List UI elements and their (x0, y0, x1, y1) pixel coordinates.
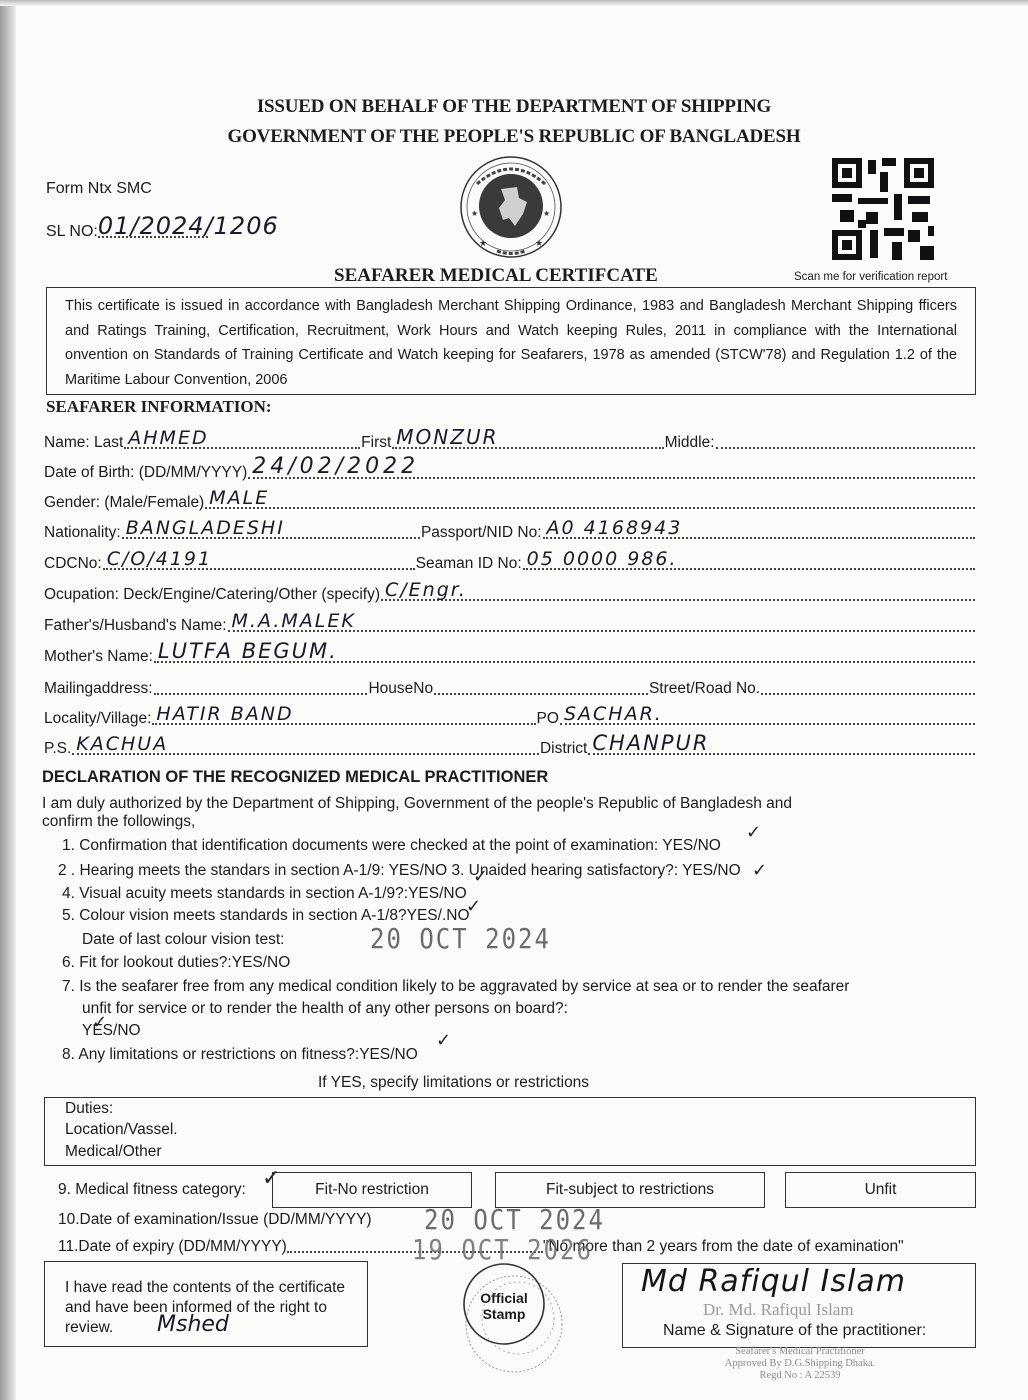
po-value: SACHAR. (564, 703, 663, 725)
mother-field[interactable]: LUTFA BEGUM. (154, 645, 975, 663)
form-code: Form Ntx SMC (46, 180, 152, 198)
declaration-item-8: 8. Any limitations or restrictions on fi… (62, 1046, 418, 1064)
fitness-option-fit-subject-to-restrictions[interactable]: Fit-subject to restrictions (495, 1172, 765, 1208)
declaration-item-4: 4. Visual acuity meets standards in sect… (62, 885, 467, 903)
mother-label: Mother's Name: (44, 648, 153, 666)
street-field[interactable] (761, 677, 975, 695)
ps-row: P.S. KACHUA District CHANPUR (44, 734, 976, 758)
svg-text:★: ★ (471, 209, 478, 218)
middle-name-field[interactable] (716, 431, 975, 449)
seafarer-signature[interactable]: Mshed (157, 1312, 229, 1337)
scan-edge (0, 0, 16, 1400)
declaration-item-1: 1. Confirmation that identification docu… (62, 837, 721, 855)
ps-value: KACHUA (76, 733, 168, 755)
house-field[interactable] (434, 677, 648, 695)
mother-row: Mother's Name: LUTFA BEGUM. (44, 642, 976, 666)
serial-label: SL NO: (46, 223, 98, 241)
tick-item-8-icon: ✓ (436, 1030, 451, 1051)
fitness-option-unfit[interactable]: Unfit (785, 1172, 976, 1208)
government-seal-icon: ★ ★ ★ ★ (457, 154, 565, 260)
seaman-id-label: Seaman ID No: (416, 555, 522, 573)
father-value: M.A.MALEK (232, 610, 356, 632)
passport-value: A0 4168943 (547, 517, 683, 539)
occupation-label: Ocupation: Deck/Engine/Catering/Other (s… (44, 586, 380, 604)
qr-code-icon[interactable] (832, 158, 936, 260)
stamp-label-official: Official (474, 1290, 534, 1306)
street-label: Street/Road No. (649, 680, 760, 698)
practitioner-stamp-details: Seafarer's Medical Practitioner Approved… (700, 1346, 900, 1382)
practitioner-caption: Name & Signature of the practitioner: (663, 1322, 926, 1340)
cdc-row: CDCNo: C/O/4191 Seaman ID No: 05 0000 98… (44, 549, 976, 573)
father-label: Father's/Husband's Name: (44, 617, 227, 635)
gender-label: Gender: (Male/Female) (44, 494, 204, 512)
issuer-line-2: GOVERNMENT OF THE PEOPLE'S REPUBLIC OF B… (0, 126, 1028, 148)
declaration-item-2-3: 2 . Hearing meets the standars in sectio… (58, 862, 741, 880)
svg-text:★: ★ (543, 209, 550, 218)
practitioner-stamp-approval: Approved By D.G.Shipping Dhaka. (700, 1358, 900, 1370)
dob-value: 24/02/2022 (252, 454, 419, 479)
nationality-field[interactable]: BANGLADESHI (122, 521, 420, 539)
practitioner-signature[interactable]: Md Rafiqul Islam (641, 1264, 906, 1299)
seaman-id-field[interactable]: 05 0000 986. (523, 552, 975, 570)
serial-number: SL NO: 01/2024/1206 (46, 222, 208, 241)
po-label: PO (537, 710, 559, 728)
address-row: Mailingaddress: HouseNo Street/Road No. (44, 674, 976, 698)
declaration-item-7-cont: unfit for service or to render the healt… (82, 1000, 568, 1018)
declaration-item-7-answer: YES/NO (82, 1022, 141, 1040)
ps-label: P.S. (44, 740, 71, 758)
name-row: Name: Last AHMED First MONZUR Middle: (44, 428, 976, 452)
first-name-value: MONZUR (396, 425, 498, 449)
district-field[interactable]: CHANPUR (588, 737, 975, 755)
svg-text:★: ★ (535, 238, 543, 248)
colour-vision-date-stamp: 20 OCT 2024 (370, 923, 551, 955)
father-field[interactable]: M.A.MALEK (228, 614, 975, 632)
locality-label: Locality/Village: (44, 710, 151, 728)
last-name-field[interactable]: AHMED (124, 431, 360, 449)
colour-vision-date-label: Date of last colour vision test: (82, 931, 284, 949)
middle-name-label: Middle: (665, 434, 715, 452)
nationality-row: Nationality: BANGLADESHI Passport/NID No… (44, 518, 976, 542)
issuer-line-1: ISSUED ON BEHALF OF THE DEPARTMENT OF SH… (0, 96, 1028, 118)
cdc-value: C/O/4191 (107, 548, 212, 570)
stamp-label: Official Stamp (474, 1290, 534, 1322)
gender-value: MALE (209, 487, 269, 509)
nationality-label: Nationality: (44, 524, 121, 542)
first-name-field[interactable]: MONZUR (392, 431, 663, 449)
passport-field[interactable]: A0 4168943 (543, 521, 975, 539)
nationality-value: BANGLADESHI (126, 517, 285, 539)
fitness-option-fit-no-restriction[interactable]: Fit-No restriction (272, 1172, 472, 1208)
practitioner-stamp-role: Seafarer's Medical Practitioner (700, 1346, 900, 1358)
gender-row: Gender: (Male/Female) MALE (44, 488, 976, 512)
expiry-note: "No more than 2 years from the date of e… (543, 1238, 904, 1256)
preamble-box: This certificate is issued in accordance… (46, 287, 976, 395)
restrictions-box[interactable]: Duties: Location/Vassel. Medical/Other (44, 1097, 976, 1166)
declaration-item-6: 6. Fit for lookout duties?:YES/NO (62, 954, 290, 972)
practitioner-box: Md Rafiqul Islam Dr. Md. Rafiqul Islam N… (622, 1263, 976, 1348)
dob-label: Date of Birth: (DD/MM/YYYY) (44, 464, 247, 482)
tick-item-7-icon: ✓ (92, 1012, 107, 1033)
restrictions-heading: If YES, specify limitations or restricti… (318, 1074, 589, 1092)
occupation-field[interactable]: C/Engr. (381, 583, 975, 601)
occupation-row: Ocupation: Deck/Engine/Catering/Other (s… (44, 580, 976, 604)
stamp-label-stamp: Stamp (474, 1306, 534, 1322)
declaration-title: DECLARATION OF THE RECOGNIZED MEDICAL PR… (42, 768, 548, 787)
passport-label: Passport/NID No: (421, 524, 542, 542)
ps-field[interactable]: KACHUA (72, 737, 539, 755)
cdc-label: CDCNo: (44, 555, 102, 573)
tick-item-3-icon: ✓ (752, 860, 767, 881)
seaman-id-value: 05 0000 986. (527, 548, 678, 570)
scan-edge-top (0, 0, 1028, 6)
preamble-text: This certificate is issued in accordance… (47, 288, 975, 392)
exam-date-stamp: 20 OCT 2024 (424, 1204, 605, 1236)
first-name-label: First (361, 434, 391, 452)
tick-item-5-icon: ✓ (466, 896, 481, 917)
district-value: CHANPUR (592, 731, 709, 755)
qr-caption: Scan me for verification report (794, 271, 947, 283)
practitioner-stamp-regd: Regd No : A 22539 (700, 1370, 900, 1382)
declaration-intro-2: confirm the followings, (42, 813, 195, 831)
cdc-field[interactable]: C/O/4191 (103, 552, 415, 570)
mailing-label: Mailingaddress: (44, 680, 153, 698)
occupation-value: C/Engr. (385, 579, 467, 601)
tick-item-1-icon: ✓ (746, 822, 761, 843)
gender-field[interactable]: MALE (205, 491, 975, 509)
svg-text:★: ★ (479, 238, 487, 248)
po-field[interactable]: SACHAR. (560, 707, 975, 725)
duties-label: Duties: (65, 1100, 113, 1118)
house-label: HouseNo (368, 680, 433, 698)
mailing-field[interactable] (154, 677, 368, 695)
mother-value: LUTFA BEGUM. (158, 639, 338, 663)
last-name-label: Name: Last (44, 434, 123, 452)
medical-other-label: Medical/Other (65, 1143, 161, 1161)
tick-item-2-icon: ✓ (473, 866, 488, 887)
seafarer-section-title: SEAFARER INFORMATION: (46, 397, 272, 417)
locality-field[interactable]: HATIR BAND (152, 707, 535, 725)
official-stamp: Official Stamp (456, 1262, 568, 1374)
fitness-category-label: 9. Medical fitness category: (58, 1181, 246, 1199)
declaration-item-7: 7. Is the seafarer free from any medical… (62, 978, 849, 996)
serial-field: 01/2024/1206 (98, 222, 208, 238)
locality-row: Locality/Village: HATIR BAND PO SACHAR. (44, 704, 976, 728)
last-name-value: AHMED (128, 427, 208, 449)
dob-field[interactable]: 24/02/2022 (248, 461, 975, 479)
declaration-intro-1: I am duly authorized by the Department o… (42, 795, 792, 813)
locality-value: HATIR BAND (156, 703, 293, 725)
exam-date-label: 10.Date of examination/Issue (DD/MM/YYYY… (58, 1211, 372, 1229)
practitioner-stamp-name: Dr. Md. Rafiqul Islam (703, 1300, 854, 1320)
dob-row: Date of Birth: (DD/MM/YYYY) 24/02/2022 (44, 458, 976, 482)
father-row: Father's/Husband's Name: M.A.MALEK (44, 611, 976, 635)
serial-value: 01/2024/1206 (98, 212, 279, 240)
acknowledgement-box: I have read the contents of the certific… (44, 1261, 368, 1347)
expiry-label: 11.Date of expiry (DD/MM/YYYY) (58, 1238, 287, 1256)
district-label: District (540, 740, 587, 758)
certificate-title: SEAFARER MEDICAL CERTIFCATE (334, 265, 658, 287)
location-label: Location/Vassel. (65, 1121, 178, 1139)
